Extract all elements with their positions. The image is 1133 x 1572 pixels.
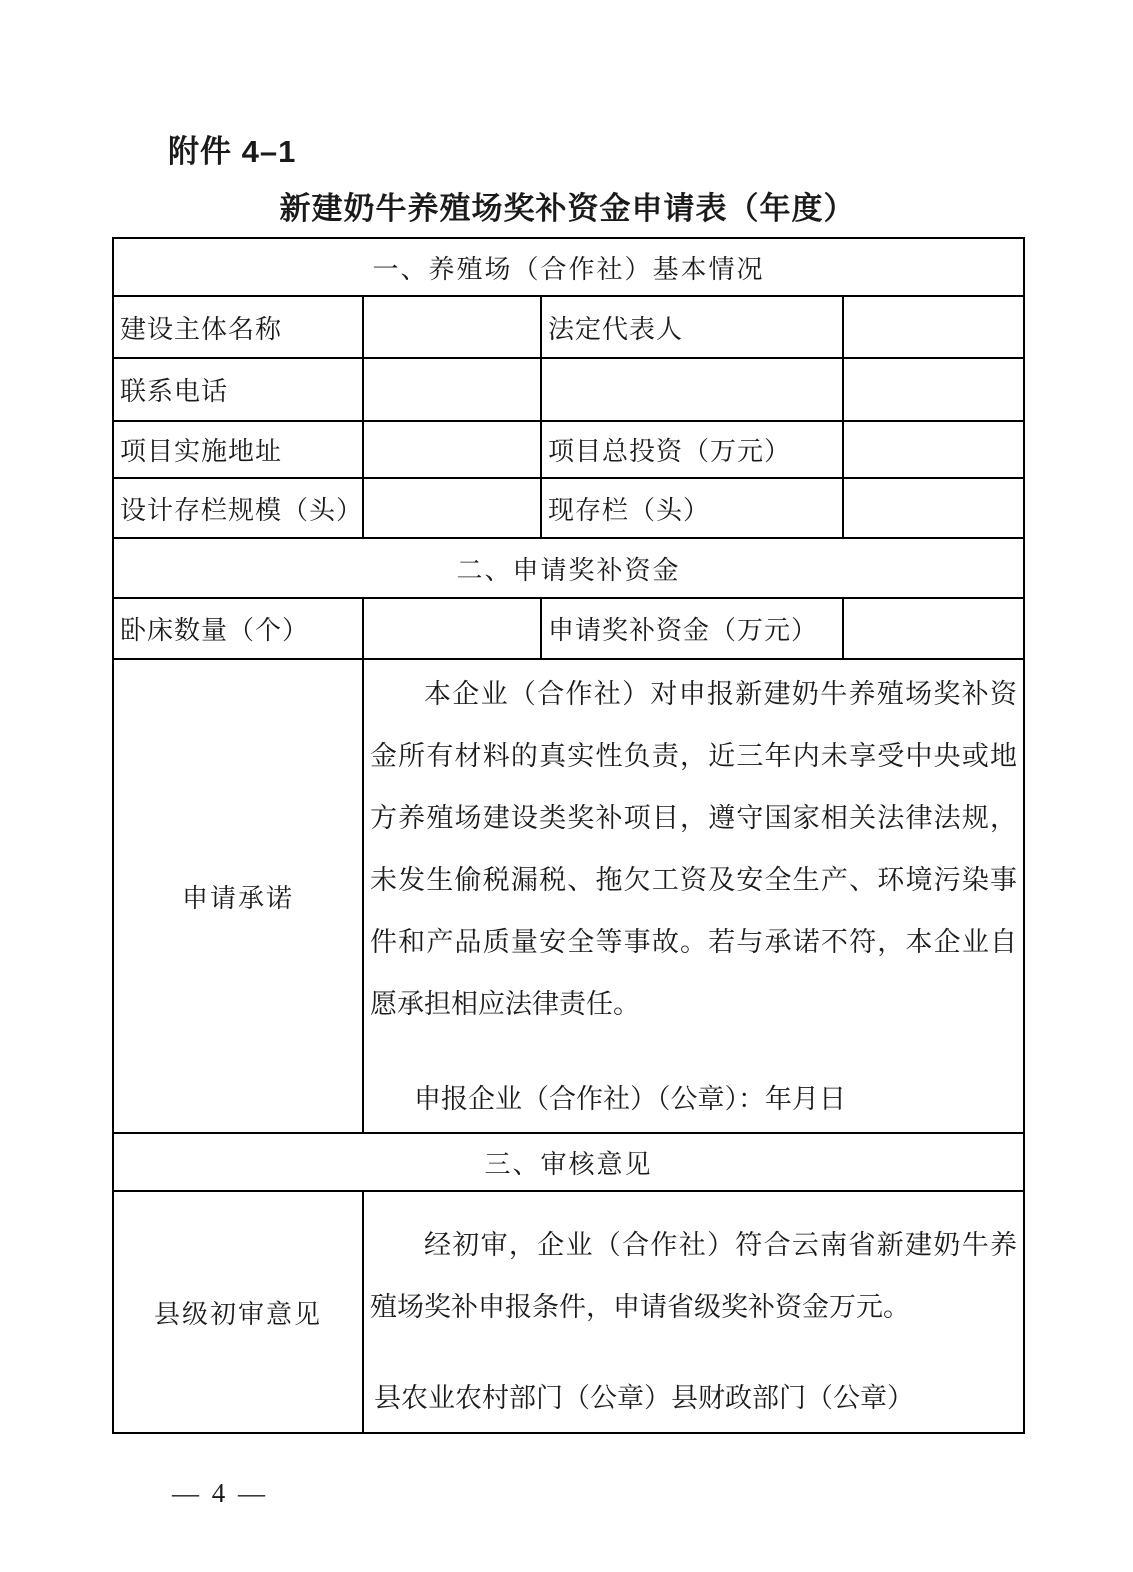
commitment-paragraph: 本企业（合作社）对申报新建奶牛养殖场奖补资金所有材料的真实性负责，近三年内未享受…: [370, 663, 1017, 1035]
form-title: 新建奶牛养殖场奖补资金申请表（年度）: [112, 183, 1023, 228]
label-total-investment: 项目总投资（万元）: [541, 421, 843, 478]
cell-entity-name-value: [363, 296, 541, 358]
table-row-address: 项目实施地址 项目总投资（万元）: [113, 421, 1024, 478]
section-header-subsidy-application: 二、申请奖补资金: [113, 538, 1024, 598]
label-contact-phone: 联系电话: [113, 358, 363, 421]
commitment-signature-line: 申报企业（合作社）（公章）：年月日: [370, 1068, 1017, 1130]
cell-stall-count-value: [363, 598, 541, 659]
page-number: — 4 —: [172, 1478, 268, 1509]
label-legal-representative: 法定代表人: [541, 296, 843, 358]
table-row-entity: 建设主体名称 法定代表人: [113, 296, 1024, 358]
section-row-review-opinion: 三、审核意见: [113, 1133, 1024, 1191]
county-review-signature-line: 县农业农村部门（公章）县财政部门（公章）: [370, 1367, 1017, 1429]
section-header-review-opinion: 三、审核意见: [113, 1133, 1024, 1191]
cell-legal-representative-value: [843, 296, 1024, 358]
label-project-address: 项目实施地址: [113, 421, 363, 478]
cell-phone-row-blank-label: [541, 358, 843, 421]
section-header-basic-info: 一、养殖场（合作社）基本情况: [113, 238, 1024, 296]
attachment-label: 附件 4–1: [168, 126, 296, 171]
cell-current-herd-size-value: [843, 478, 1024, 538]
label-application-commitment: 申请承诺: [113, 659, 363, 1133]
table-row-herd-scale: 设计存栏规模（头） 现存栏（头）: [113, 478, 1024, 538]
section-row-basic-info: 一、养殖场（合作社）基本情况: [113, 238, 1024, 296]
cell-total-investment-value: [843, 421, 1024, 478]
cell-designed-herd-size-value: [363, 478, 541, 538]
section-row-subsidy-application: 二、申请奖补资金: [113, 538, 1024, 598]
table-row-phone: 联系电话: [113, 358, 1024, 421]
cell-commitment-content: 本企业（合作社）对申报新建奶牛养殖场奖补资金所有材料的真实性负责，近三年内未享受…: [363, 659, 1024, 1133]
label-county-review-opinion: 县级初审意见: [113, 1191, 363, 1433]
label-current-herd-size: 现存栏（头）: [541, 478, 843, 538]
cell-phone-row-blank-value: [843, 358, 1024, 421]
label-stall-count: 卧床数量（个）: [113, 598, 363, 659]
label-entity-name: 建设主体名称: [113, 296, 363, 358]
label-designed-herd-size: 设计存栏规模（头）: [113, 478, 363, 538]
label-subsidy-amount: 申请奖补资金（万元）: [541, 598, 843, 659]
table-row-commitment: 申请承诺 本企业（合作社）对申报新建奶牛养殖场奖补资金所有材料的真实性负责，近三…: [113, 659, 1024, 1133]
cell-contact-phone-value: [363, 358, 541, 421]
table-row-county-review: 县级初审意见 经初审，企业（合作社）符合云南省新建奶牛养殖场奖补申报条件，申请省…: [113, 1191, 1024, 1433]
cell-subsidy-amount-value: [843, 598, 1024, 659]
cell-county-review-content: 经初审，企业（合作社）符合云南省新建奶牛养殖场奖补申报条件，申请省级奖补资金万元…: [363, 1191, 1024, 1433]
application-form-table: 一、养殖场（合作社）基本情况 建设主体名称 法定代表人 联系电话 项目实施地址 …: [112, 237, 1025, 1434]
document-page: 附件 4–1 新建奶牛养殖场奖补资金申请表（年度） 一、养殖场（合作社）基本情况…: [0, 0, 1133, 1572]
county-review-paragraph: 经初审，企业（合作社）符合云南省新建奶牛养殖场奖补申报条件，申请省级奖补资金万元…: [370, 1214, 1017, 1338]
cell-project-address-value: [363, 421, 541, 478]
table-row-stall-count: 卧床数量（个） 申请奖补资金（万元）: [113, 598, 1024, 659]
